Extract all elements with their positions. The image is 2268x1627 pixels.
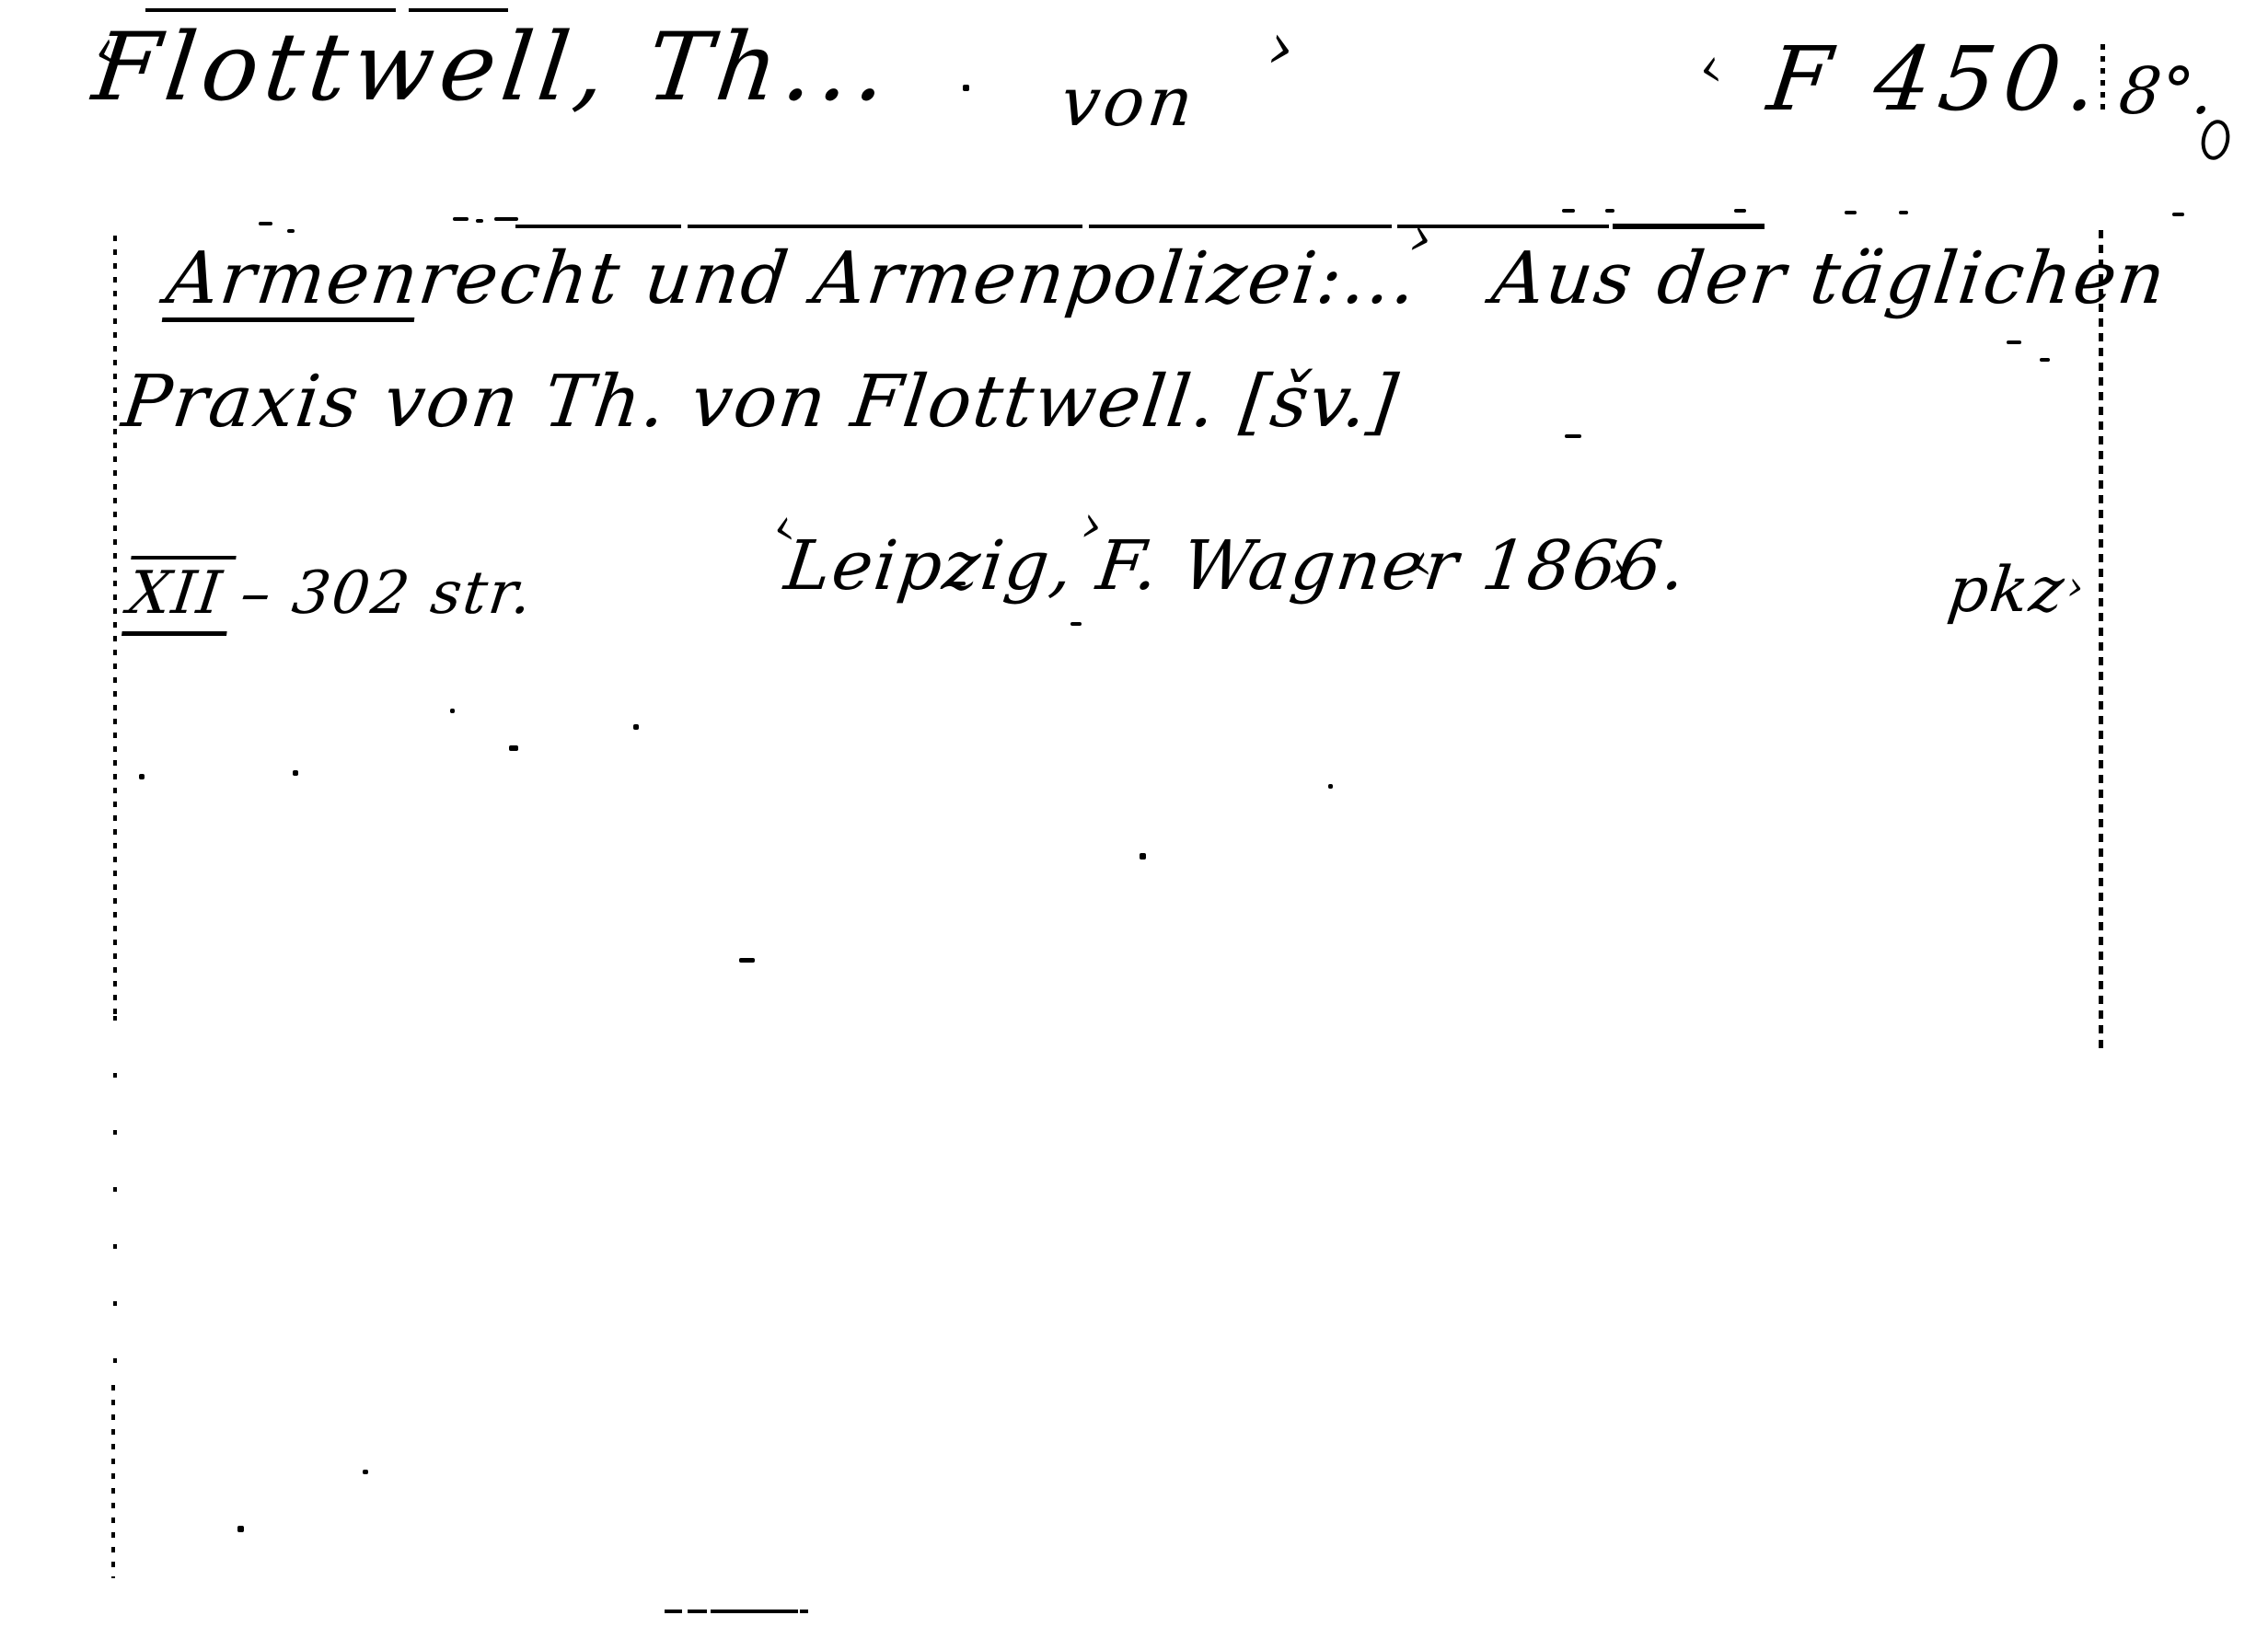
pagination-statement: XII– 302 str. [121, 556, 538, 636]
scan-speck [2172, 213, 2184, 216]
scan-speck [950, 582, 966, 585]
title-line1-rest: recht und Armenpolizei:... [414, 237, 1422, 320]
title-line-1: Armenrecht und Armenpolizei:...Aus der t… [162, 237, 2171, 320]
bottom-edge-dash [800, 1610, 808, 1613]
scan-speck [1845, 211, 1857, 214]
header-rule-segment [688, 225, 1082, 228]
scan-speck [963, 85, 969, 91]
caret-close-note: › [2064, 566, 2087, 608]
left-margin-line-lower [111, 1385, 115, 1578]
catalog-card: Flottwell, Th... von F 450. 8°. Armenrec… [0, 0, 2268, 1627]
title-line-2: Praxis von Th. von Flottwell. [šv.] [118, 361, 1404, 444]
scan-speck [237, 1526, 244, 1532]
scan-speck [1565, 434, 1581, 438]
author-overline-segment [145, 8, 396, 12]
scan-speck [476, 219, 483, 223]
imprint-statement: Leipzig, F. Wagner 1866. [781, 526, 1692, 606]
author-name-particle: von [1057, 63, 1201, 142]
scan-speck [1562, 209, 1575, 213]
scan-speck [1070, 622, 1082, 626]
author-heading: Flottwell, Th... [87, 13, 899, 122]
bottom-edge-dash [688, 1610, 707, 1613]
scan-speck [739, 958, 755, 963]
bottom-edge-dash [711, 1610, 798, 1613]
call-number-divider-line [2100, 44, 2105, 116]
scan-speck [1328, 784, 1333, 789]
scan-speck [259, 222, 272, 225]
pagination-roman-numeral: XII [121, 556, 237, 636]
scan-speck [453, 217, 469, 221]
pagination-rest: – 302 str. [237, 560, 537, 628]
header-rule-segment [1089, 225, 1392, 228]
scan-speck [1605, 209, 1614, 213]
caret-close-von: › [1262, 13, 1301, 81]
bottom-edge-dash [665, 1610, 682, 1613]
left-margin-line-sparse [113, 1016, 117, 1384]
call-number: F 450. [1763, 28, 2112, 131]
right-margin-line [2099, 230, 2103, 1049]
scan-speck [1734, 209, 1746, 213]
scan-speck [494, 217, 518, 221]
scan-speck [287, 229, 295, 233]
title-line1-tail: Aus der täglichen [1487, 237, 2171, 320]
left-margin-line [113, 236, 117, 1016]
scan-speck [363, 1470, 368, 1474]
scan-speck [450, 709, 455, 713]
header-rule-segment [515, 225, 681, 228]
format-statement: 8°. [2115, 53, 2218, 129]
scan-speck [293, 770, 298, 776]
scan-speck [1899, 211, 1908, 214]
scan-speck [1140, 853, 1146, 860]
scan-speck [139, 774, 145, 779]
scan-speck [2040, 358, 2050, 362]
cataloger-note: pkz [1944, 554, 2069, 627]
scan-speck [633, 724, 639, 730]
caret-open-callnumber: ‹ [1695, 39, 1726, 97]
scan-speck [509, 745, 518, 751]
underlined-title-word: Armen [162, 237, 424, 320]
header-rule-segment [1613, 224, 1765, 229]
scan-speck [2007, 340, 2021, 344]
author-overline-segment-2 [409, 8, 508, 12]
